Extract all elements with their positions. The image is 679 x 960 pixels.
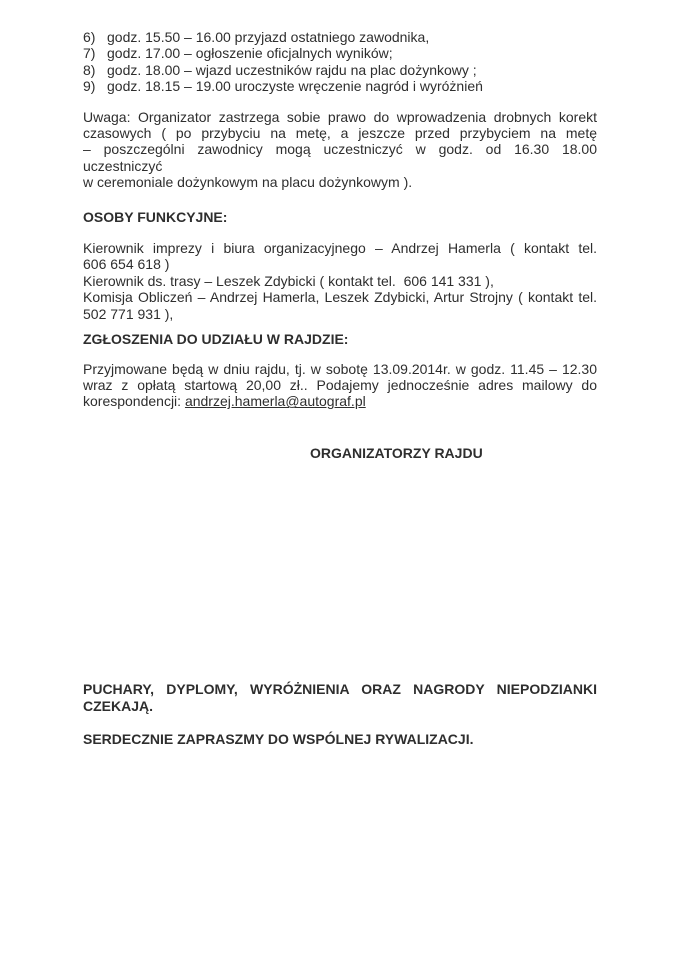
serdecznie-line: SERDECZNIE ZAPRASZMY DO WSPÓLNEJ RYWALIZ… [83, 731, 597, 747]
zgloszenia-heading: ZGŁOSZENIA DO UDZIAŁU W RAJDZIE: [83, 331, 597, 347]
organizatorzy-heading: ORGANIZATORZY RAJDU [83, 445, 597, 461]
document-page: 6)godz. 15.50 – 16.00 przyjazd ostatnieg… [0, 0, 679, 960]
paragraph-line: CZEKAJĄ. [83, 698, 597, 714]
paragraph-line: Komisja Obliczeń – Andrzej Hamerla, Lesz… [83, 289, 597, 305]
paragraph-line: Kierownik ds. trasy – Leszek Zdybicki ( … [83, 273, 597, 289]
paragraph-line: korespondencji: andrzej.hamerla@autograf… [83, 393, 597, 409]
paragraph-line: Kierownik imprezy i biura organizacyjneg… [83, 240, 597, 256]
paragraph-line: czasowych ( po przybyciu na metę, a jesz… [83, 125, 597, 141]
paragraph-line: – poszczególni zawodnicy mogą uczestnicz… [83, 141, 597, 174]
list-item-text: godz. 18.00 – wjazd uczestników rajdu na… [107, 62, 597, 78]
list-item: 8)godz. 18.00 – wjazd uczestników rajdu … [83, 62, 597, 78]
list-item: 6)godz. 15.50 – 16.00 przyjazd ostatnieg… [83, 29, 597, 45]
paragraph-line: 606 654 618 ) [83, 256, 597, 272]
osoby-funkcyjne-paragraph: Kierownik imprezy i biura organizacyjneg… [83, 240, 597, 322]
paragraph-line: Przyjmowane będą w dniu rajdu, tj. w sob… [83, 361, 597, 377]
email-prefix: korespondencji: [83, 393, 185, 409]
paragraph-line: 502 771 931 ), [83, 306, 597, 322]
list-item-number: 6) [83, 29, 107, 45]
list-item-text: godz. 17.00 – ogłoszenie oficjalnych wyn… [107, 45, 597, 61]
email-link[interactable]: andrzej.hamerla@autograf.pl [185, 393, 366, 409]
list-item-number: 7) [83, 45, 107, 61]
schedule-list: 6)godz. 15.50 – 16.00 przyjazd ostatnieg… [83, 29, 597, 95]
list-item-number: 9) [83, 78, 107, 94]
list-item: 9)godz. 18.15 – 19.00 uroczyste wręczeni… [83, 78, 597, 94]
puchary-paragraph: PUCHARY, DYPLOMY, WYRÓŻNIENIA ORAZ NAGRO… [83, 681, 597, 714]
list-item-text: godz. 18.15 – 19.00 uroczyste wręczenie … [107, 78, 597, 94]
paragraph-line: Uwaga: Organizator zastrzega sobie prawo… [83, 109, 597, 125]
list-item: 7)godz. 17.00 – ogłoszenie oficjalnych w… [83, 45, 597, 61]
paragraph-line: wraz z opłatą startową 20,00 zł.. Podaje… [83, 377, 597, 393]
paragraph-line: w ceremoniale dożynkowym na placu dożynk… [83, 174, 597, 190]
osoby-funkcyjne-heading: OSOBY FUNKCYJNE: [83, 209, 597, 225]
paragraph-line: PUCHARY, DYPLOMY, WYRÓŻNIENIA ORAZ NAGRO… [83, 681, 597, 697]
list-item-number: 8) [83, 62, 107, 78]
zgloszenia-paragraph: Przyjmowane będą w dniu rajdu, tj. w sob… [83, 361, 597, 410]
list-item-text: godz. 15.50 – 16.00 przyjazd ostatniego … [107, 29, 597, 45]
uwaga-paragraph: Uwaga: Organizator zastrzega sobie prawo… [83, 109, 597, 191]
